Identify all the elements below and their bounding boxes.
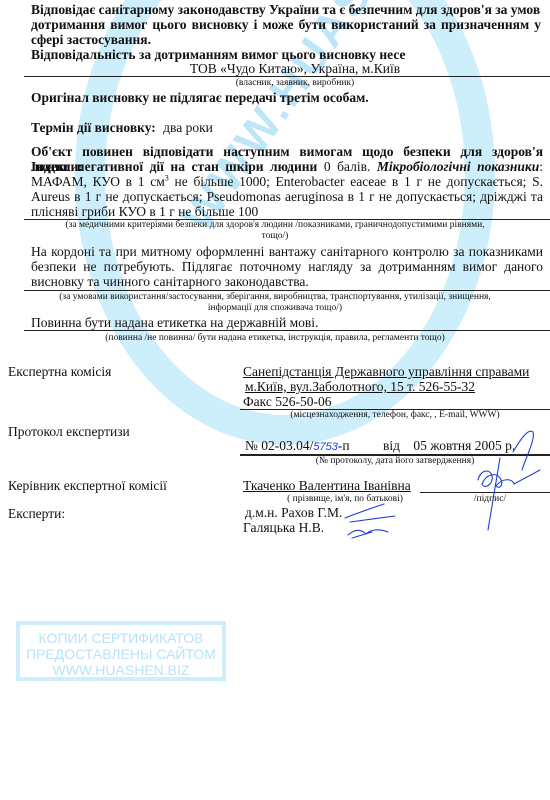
expert-signature-2 [348, 530, 388, 538]
signature-marks [0, 0, 550, 560]
head-signature [478, 470, 540, 487]
expert-signature-1 [345, 504, 395, 522]
stamp-line-3: WWW.HUASHEN.BIZ [20, 662, 222, 678]
copy-stamp: КОПИИ СЕРТИФИКАТОВ ПРЕДОСТАВЛЕНЫ САЙТОМ … [16, 621, 226, 681]
head-signature-stroke [488, 458, 500, 530]
stamp-line-2: ПРЕДОСТАВЛЕНЫ САЙТОМ [20, 646, 222, 662]
stamp-line-1: КОПИИ СЕРТИФИКАТОВ [20, 630, 222, 646]
handwritten-date-mark [513, 431, 533, 470]
